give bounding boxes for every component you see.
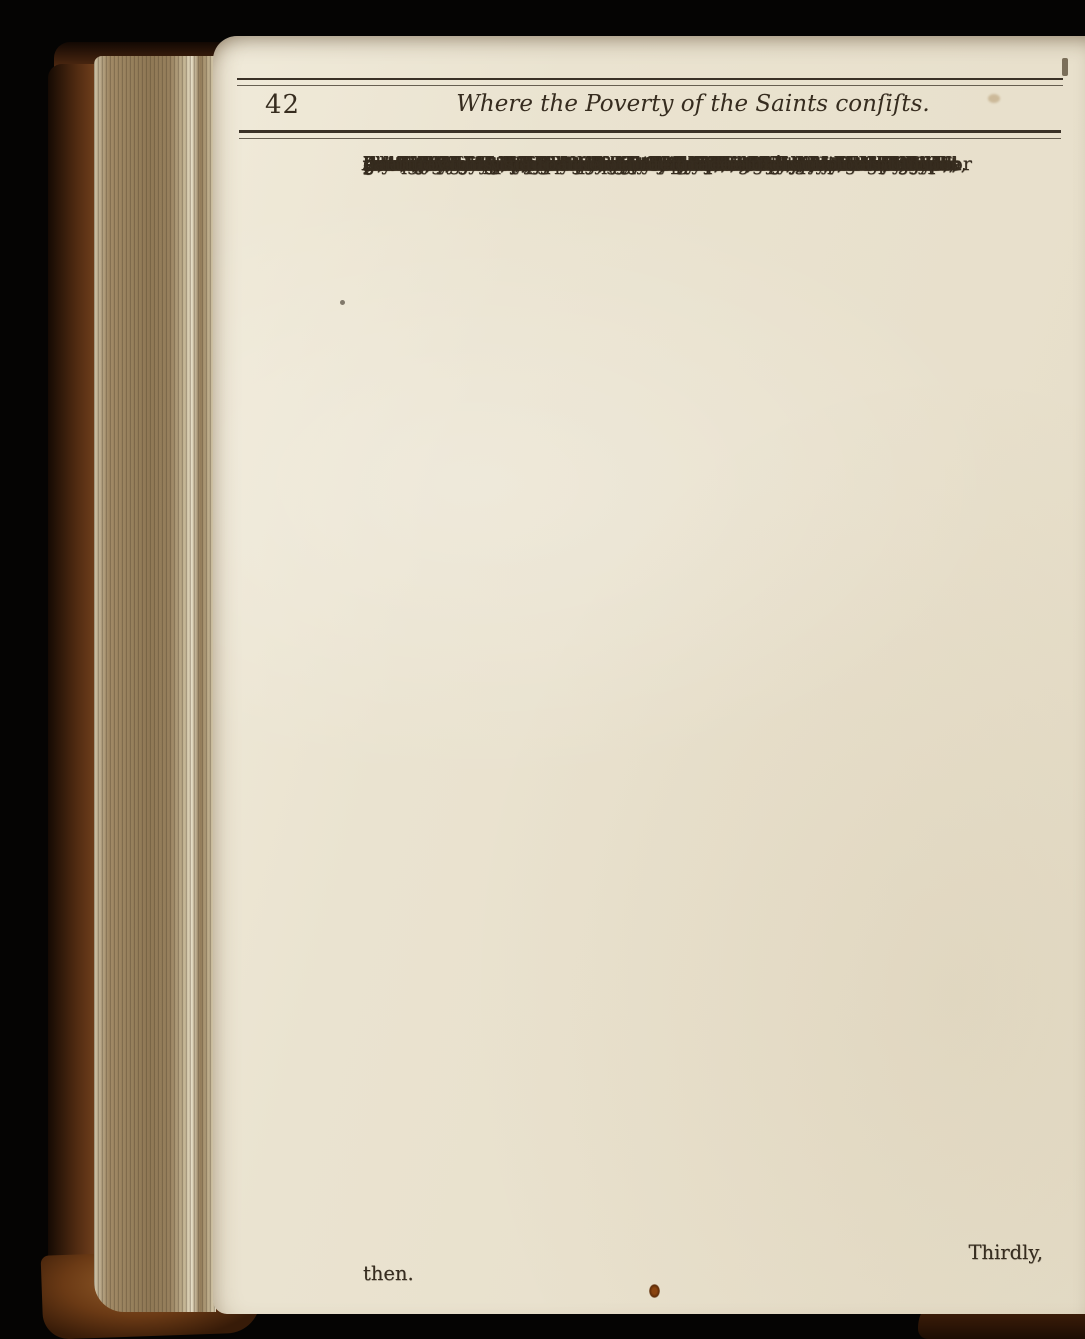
ink-mark: [1062, 58, 1068, 76]
page-number: 42: [265, 90, 300, 120]
paper-speck: [340, 300, 345, 305]
paragraph-end-word: then.: [363, 1262, 414, 1285]
foxing-smudge: [988, 94, 1000, 103]
header-rule-bottom: [239, 130, 1061, 139]
book-scan: 42 Where the Poverty of the Saints conſi…: [0, 0, 1085, 1339]
catchword: Thirdly,: [969, 1241, 1043, 1264]
foxing-spot: [649, 1284, 660, 1298]
book-page-fore-edge: [94, 56, 216, 1312]
header-rule-top: [237, 78, 1063, 86]
running-title: Where the Poverty of the Saints conſiſts…: [363, 91, 1023, 117]
book-page: 42 Where the Poverty of the Saints conſi…: [213, 36, 1085, 1314]
